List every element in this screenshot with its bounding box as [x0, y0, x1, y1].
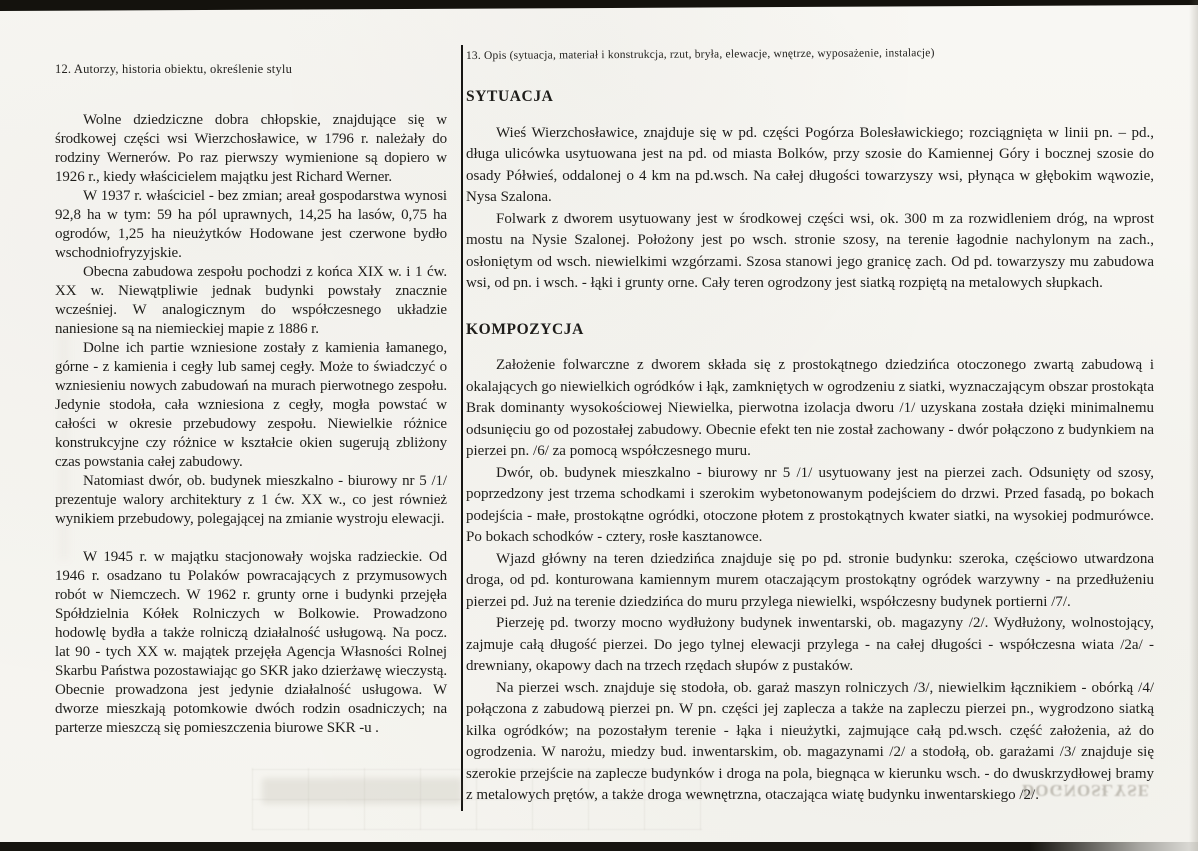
paragraph: Wieś Wierzchosławice, znajduje się w pd.… [466, 123, 1154, 209]
field-13-text: SYTUACJA Wieś Wierzchosławice, znajduje … [466, 86, 1154, 807]
scan-edge-top [0, 0, 1198, 11]
scan-edge-right [1189, 0, 1198, 851]
right-column: 13. Opis (sytuacja, materiał i konstrukc… [466, 50, 1154, 807]
paragraph: Pierzeję pd. tworzy mocno wydłużony budy… [466, 613, 1154, 678]
paragraph: Wolne dziedziczne dobra chłopskie, znajd… [55, 111, 447, 187]
field-13-label: 13. Opis (sytuacja, materiał i konstrukc… [466, 46, 1154, 62]
show-through-smudge [262, 778, 462, 804]
section-heading-kompozycja: KOMPOZYCJA [466, 319, 1154, 341]
paragraph: Dwór, ob. budynek mieszkalno - biurowy n… [466, 463, 1154, 549]
section-heading-sytuacja: SYTUACJA [466, 86, 1154, 108]
paragraph: W 1937 r. właściciel - bez zmian; areał … [55, 187, 447, 263]
scanned-document-page: DOGNOSŁYSE 12. Autorzy, historia obiektu… [0, 0, 1198, 851]
paragraph: Dolne ich partie wzniesione zostały z ka… [55, 339, 447, 472]
paragraph: Wjazd główny na teren dziedzińca znajduj… [466, 549, 1154, 614]
left-column: 12. Autorzy, historia obiektu, określeni… [55, 62, 447, 738]
section-sytuacja: Wieś Wierzchosławice, znajduje się w pd.… [466, 123, 1154, 295]
paragraph: Na pierzei wsch. znajduje się stodoła, o… [466, 678, 1154, 807]
field-12-text: Wolne dziedziczne dobra chłopskie, znajd… [55, 111, 447, 738]
paragraph: Folwark z dworem usytuowany jest w środk… [466, 209, 1154, 295]
column-divider [461, 45, 463, 811]
paragraph: W 1945 r. w majątku stacjonowały wojska … [55, 548, 447, 738]
section-kompozycja: Założenie folwarczne z dworem składa się… [466, 355, 1154, 807]
paragraph: Założenie folwarczne z dworem składa się… [466, 355, 1154, 463]
scan-edge-bottom [0, 842, 1198, 851]
paragraph: Natomiast dwór, ob. budynek mieszkalno -… [55, 472, 447, 529]
field-12-label: 12. Autorzy, historia obiektu, określeni… [55, 62, 447, 77]
paragraph: Obecna zabudowa zespołu pochodzi z końca… [55, 263, 447, 339]
